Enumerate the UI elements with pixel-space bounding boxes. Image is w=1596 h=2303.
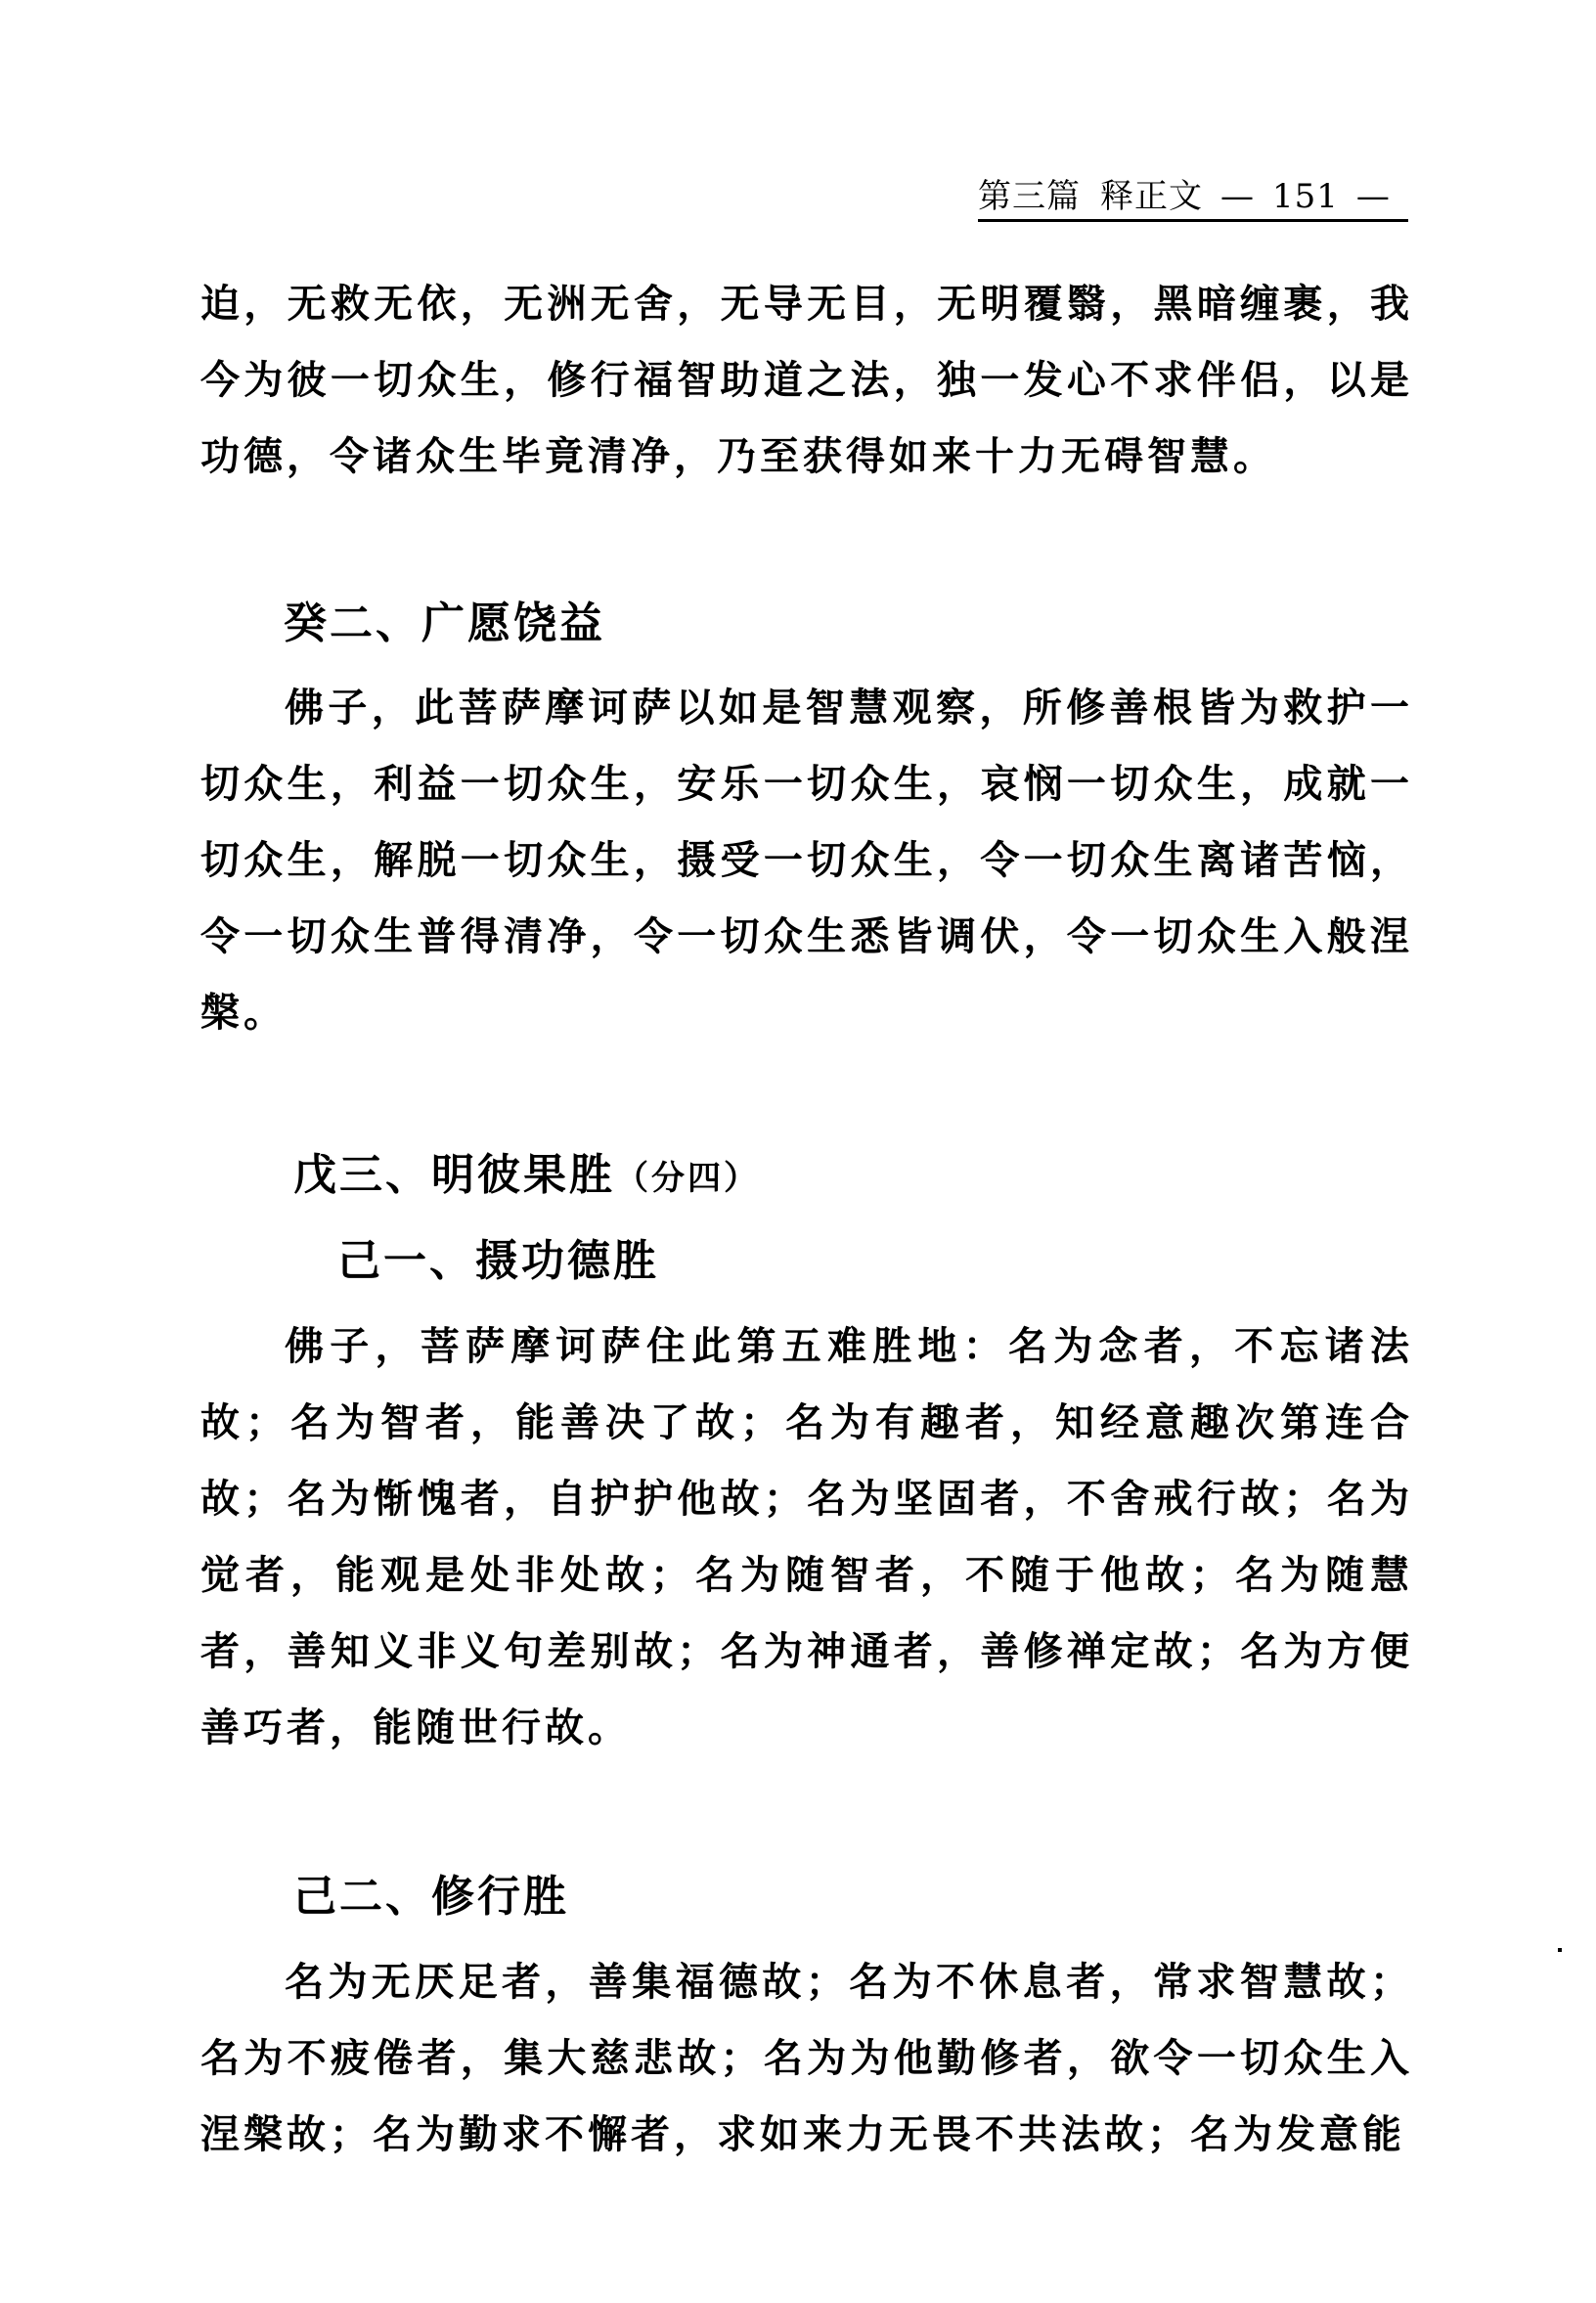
scan-speck xyxy=(1558,1948,1562,1952)
paragraph-text: 迫，无救无依，无洲无舍，无导无目，无明覆翳，黑暗缠裹，我今为彼一切众生，修行福智… xyxy=(200,266,1413,495)
section-heading-ji1: 己一、摄功德胜 xyxy=(337,1232,659,1291)
header-chapter-label: 释正文 xyxy=(1100,174,1203,219)
heading-note-text: （分四） xyxy=(615,1159,760,1198)
paragraph-ji1: 佛子，菩萨摩诃萨住此第五难胜地：名为念者，不忘诸法故；名为智者，能善决了故；名为… xyxy=(200,1308,1413,1766)
page-number: 151 xyxy=(1272,174,1339,219)
paragraph-ji2: 名为无厌足者，善集福德故；名为不休息者，常求智慧故；名为不疲倦者，集大慈悲故；名… xyxy=(200,1944,1413,2173)
section-heading-ji2: 己二、修行胜 xyxy=(293,1868,569,1927)
header-part-label: 第三篇 xyxy=(978,174,1081,219)
running-header: 第三篇 释正文 — 151 — xyxy=(978,168,1408,222)
section-heading-gui2: 癸二、广愿饶益 xyxy=(284,595,605,653)
heading-main-text: 戊三、明彼果胜 xyxy=(293,1150,615,1200)
section-heading-wu3: 戊三、明彼果胜（分四） xyxy=(293,1146,760,1208)
paragraph-continued: 迫，无救无依，无洲无舍，无导无目，无明覆翳，黑暗缠裹，我今为彼一切众生，修行福智… xyxy=(200,266,1413,495)
paragraph-text: 佛子，菩萨摩诃萨住此第五难胜地：名为念者，不忘诸法故；名为智者，能善决了故；名为… xyxy=(200,1308,1413,1766)
paragraph-text: 名为无厌足者，善集福德故；名为不休息者，常求智慧故；名为不疲倦者，集大慈悲故；名… xyxy=(200,1944,1413,2173)
paragraph-text: 佛子，此菩萨摩诃萨以如是智慧观察，所修善根皆为救护一切众生，利益一切众生，安乐一… xyxy=(200,670,1413,1051)
header-dash-left: — xyxy=(1220,174,1255,219)
header-dash-right: — xyxy=(1356,174,1391,219)
paragraph-gui2: 佛子，此菩萨摩诃萨以如是智慧观察，所修善根皆为救护一切众生，利益一切众生，安乐一… xyxy=(200,670,1413,1051)
